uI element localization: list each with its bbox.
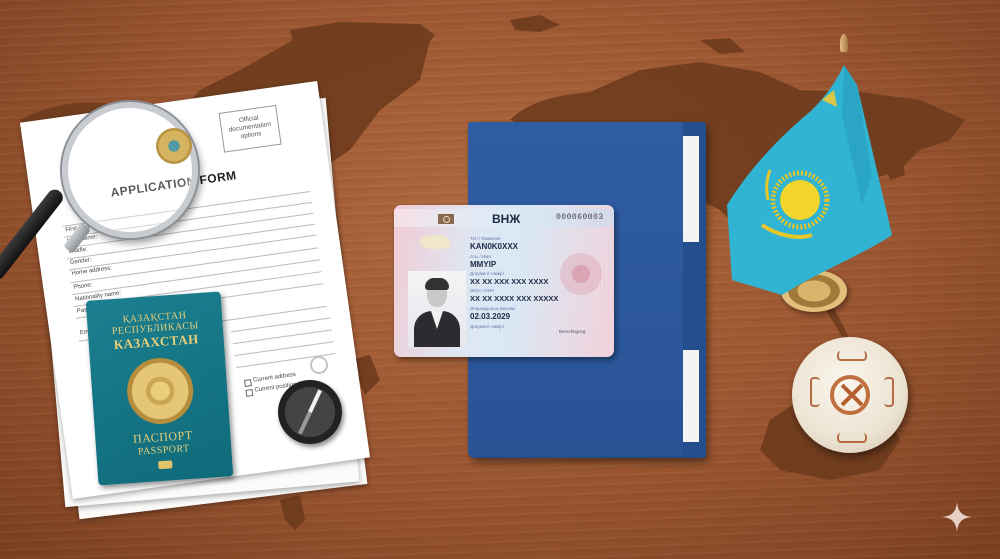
field-label: Документ нөмірі xyxy=(470,271,504,276)
ornament-icon xyxy=(837,433,867,443)
person-hair xyxy=(425,278,449,290)
compass-icon xyxy=(278,380,342,444)
field-value: KAN0K0XXX xyxy=(470,242,518,251)
flag-pole-finial xyxy=(840,34,848,52)
magnifying-glass xyxy=(62,102,198,238)
field-label: Тегі / Фамилия xyxy=(470,236,501,241)
field-value: 02.03.2029 xyxy=(470,312,510,321)
form-line xyxy=(234,341,333,356)
ornament-icon xyxy=(884,377,894,407)
form-line xyxy=(233,329,332,344)
passport: ҚАЗАҚСТАН РЕСПУБЛИКАСЫ КАЗАХСТАН ПАСПОРТ… xyxy=(86,292,234,486)
decorative-dome xyxy=(792,337,908,453)
ornament-icon xyxy=(837,351,867,361)
document-tab xyxy=(683,350,699,442)
ornament-icon xyxy=(810,377,820,407)
checkbox[interactable] xyxy=(245,389,253,397)
form-line xyxy=(231,317,330,332)
field-value: XX XX XXXX XXX XXXXX xyxy=(470,294,558,303)
compass-needle xyxy=(298,389,322,434)
photo xyxy=(408,271,466,347)
card-title: ВНЖ xyxy=(492,212,520,226)
kazakhstan-flag xyxy=(722,55,892,305)
seal-icon xyxy=(560,253,602,295)
field-label: Жарамдылық мерзімі xyxy=(470,306,515,311)
field-value: MMYIP xyxy=(470,260,496,269)
sparkle-icon xyxy=(940,500,974,534)
compass-ring xyxy=(310,356,328,374)
field-label: Аты / Имя xyxy=(470,254,491,259)
field-label: Phone: xyxy=(73,282,93,291)
field-value: XX XX XXX XXX XXXX xyxy=(470,277,548,286)
field-label: ЖСН / ИИН xyxy=(470,288,494,293)
document-tab xyxy=(683,136,699,242)
emblem-icon xyxy=(124,356,194,426)
card-footer-text: Berechtigung xyxy=(559,329,586,334)
field-label: Документ нөмірі xyxy=(470,324,504,329)
official-box: Official documentation options xyxy=(219,105,282,153)
shanyrak-icon xyxy=(830,375,870,415)
desk-scene: Official documentation options APPLICATI… xyxy=(0,0,1000,559)
emblem-icon xyxy=(156,128,192,164)
card-number: 000060003 xyxy=(556,213,604,222)
biometric-chip-icon xyxy=(158,460,173,469)
flag-icon xyxy=(438,214,454,224)
residence-permit-card: ВНЖ 000060003 Тегі / Фамилия KAN0K0XXX А… xyxy=(394,205,614,357)
checkbox[interactable] xyxy=(244,379,252,387)
map-icon xyxy=(420,235,450,249)
